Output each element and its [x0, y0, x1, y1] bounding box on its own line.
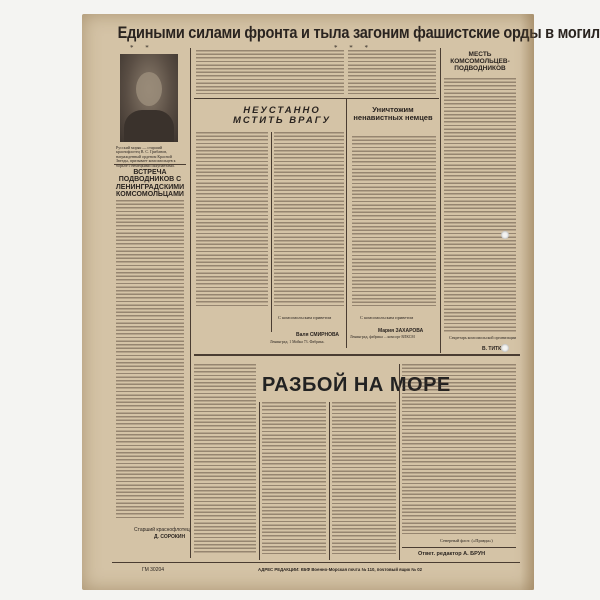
- signature-role-meeting: Старший краснофлотец: [134, 527, 190, 533]
- sailor-portrait-photo: [120, 54, 178, 142]
- signature-avenge: Валя СМИРНОВА: [296, 332, 339, 338]
- editor-credit: Ответ. редактор А. БРУН: [418, 551, 485, 557]
- article-body-revenge: [444, 78, 516, 332]
- binder-hole: [501, 231, 509, 239]
- intro-text-2: [348, 50, 436, 94]
- decorative-stars: * *: [130, 44, 154, 52]
- article-body-avenge-col1: [196, 132, 268, 308]
- print-code: ГМ 30204: [142, 567, 164, 573]
- signature-note-avenge: Ленинград. 1 Мойка 73. Фабрика.: [270, 340, 324, 344]
- headline-destroy: Уничтожим ненавистных немцев: [350, 106, 436, 122]
- signature-meeting: Д. СОРОКИН: [154, 534, 185, 540]
- article-body-piracy-col1: [194, 364, 256, 554]
- newspaper-page: Едиными силами фронта и тыла загоним фаш…: [82, 14, 534, 590]
- binder-hole: [501, 344, 509, 352]
- article-body-piracy-col3: [332, 402, 396, 554]
- closing-destroy: С комсомольским приветом: [360, 316, 436, 321]
- signature-role-revenge: Секретарь комсомольской организации: [444, 336, 516, 340]
- article-body-avenge-col2: [274, 132, 344, 306]
- closing-avenge: С комсомольским приветом: [278, 316, 344, 321]
- intro-text: [196, 50, 344, 94]
- signature-destroy: Мария ЗАХАРОВА: [378, 328, 423, 334]
- article-body-meeting: [116, 200, 184, 520]
- editorial-address: АДРЕС РЕДАКЦИИ: КБФ Военно-Морская почта…: [258, 567, 422, 572]
- article-body-destroy: [352, 136, 436, 306]
- signature-note-destroy: Ленинград, фабрика ... комсорг ВЛКСМ: [350, 335, 438, 339]
- headline-revenge: МЕСТЬ КОМСОМОЛЬЦЕВ-ПОДВОДНИКОВ: [444, 52, 516, 72]
- article-body-piracy-col4: [402, 364, 516, 534]
- headline-avenge: НЕУСТАННО МСТИТЬ ВРАГУ: [222, 106, 342, 126]
- piracy-source: Северный флот. («Правда»): [440, 539, 493, 544]
- headline-meeting: ВСТРЕЧА ПОДВОДНИКОВ С ЛЕНИНГРАДСКИМИ КОМ…: [114, 169, 186, 198]
- article-body-piracy-col2: [262, 402, 326, 554]
- masthead-slogan: Едиными силами фронта и тыла загоним фаш…: [118, 24, 495, 43]
